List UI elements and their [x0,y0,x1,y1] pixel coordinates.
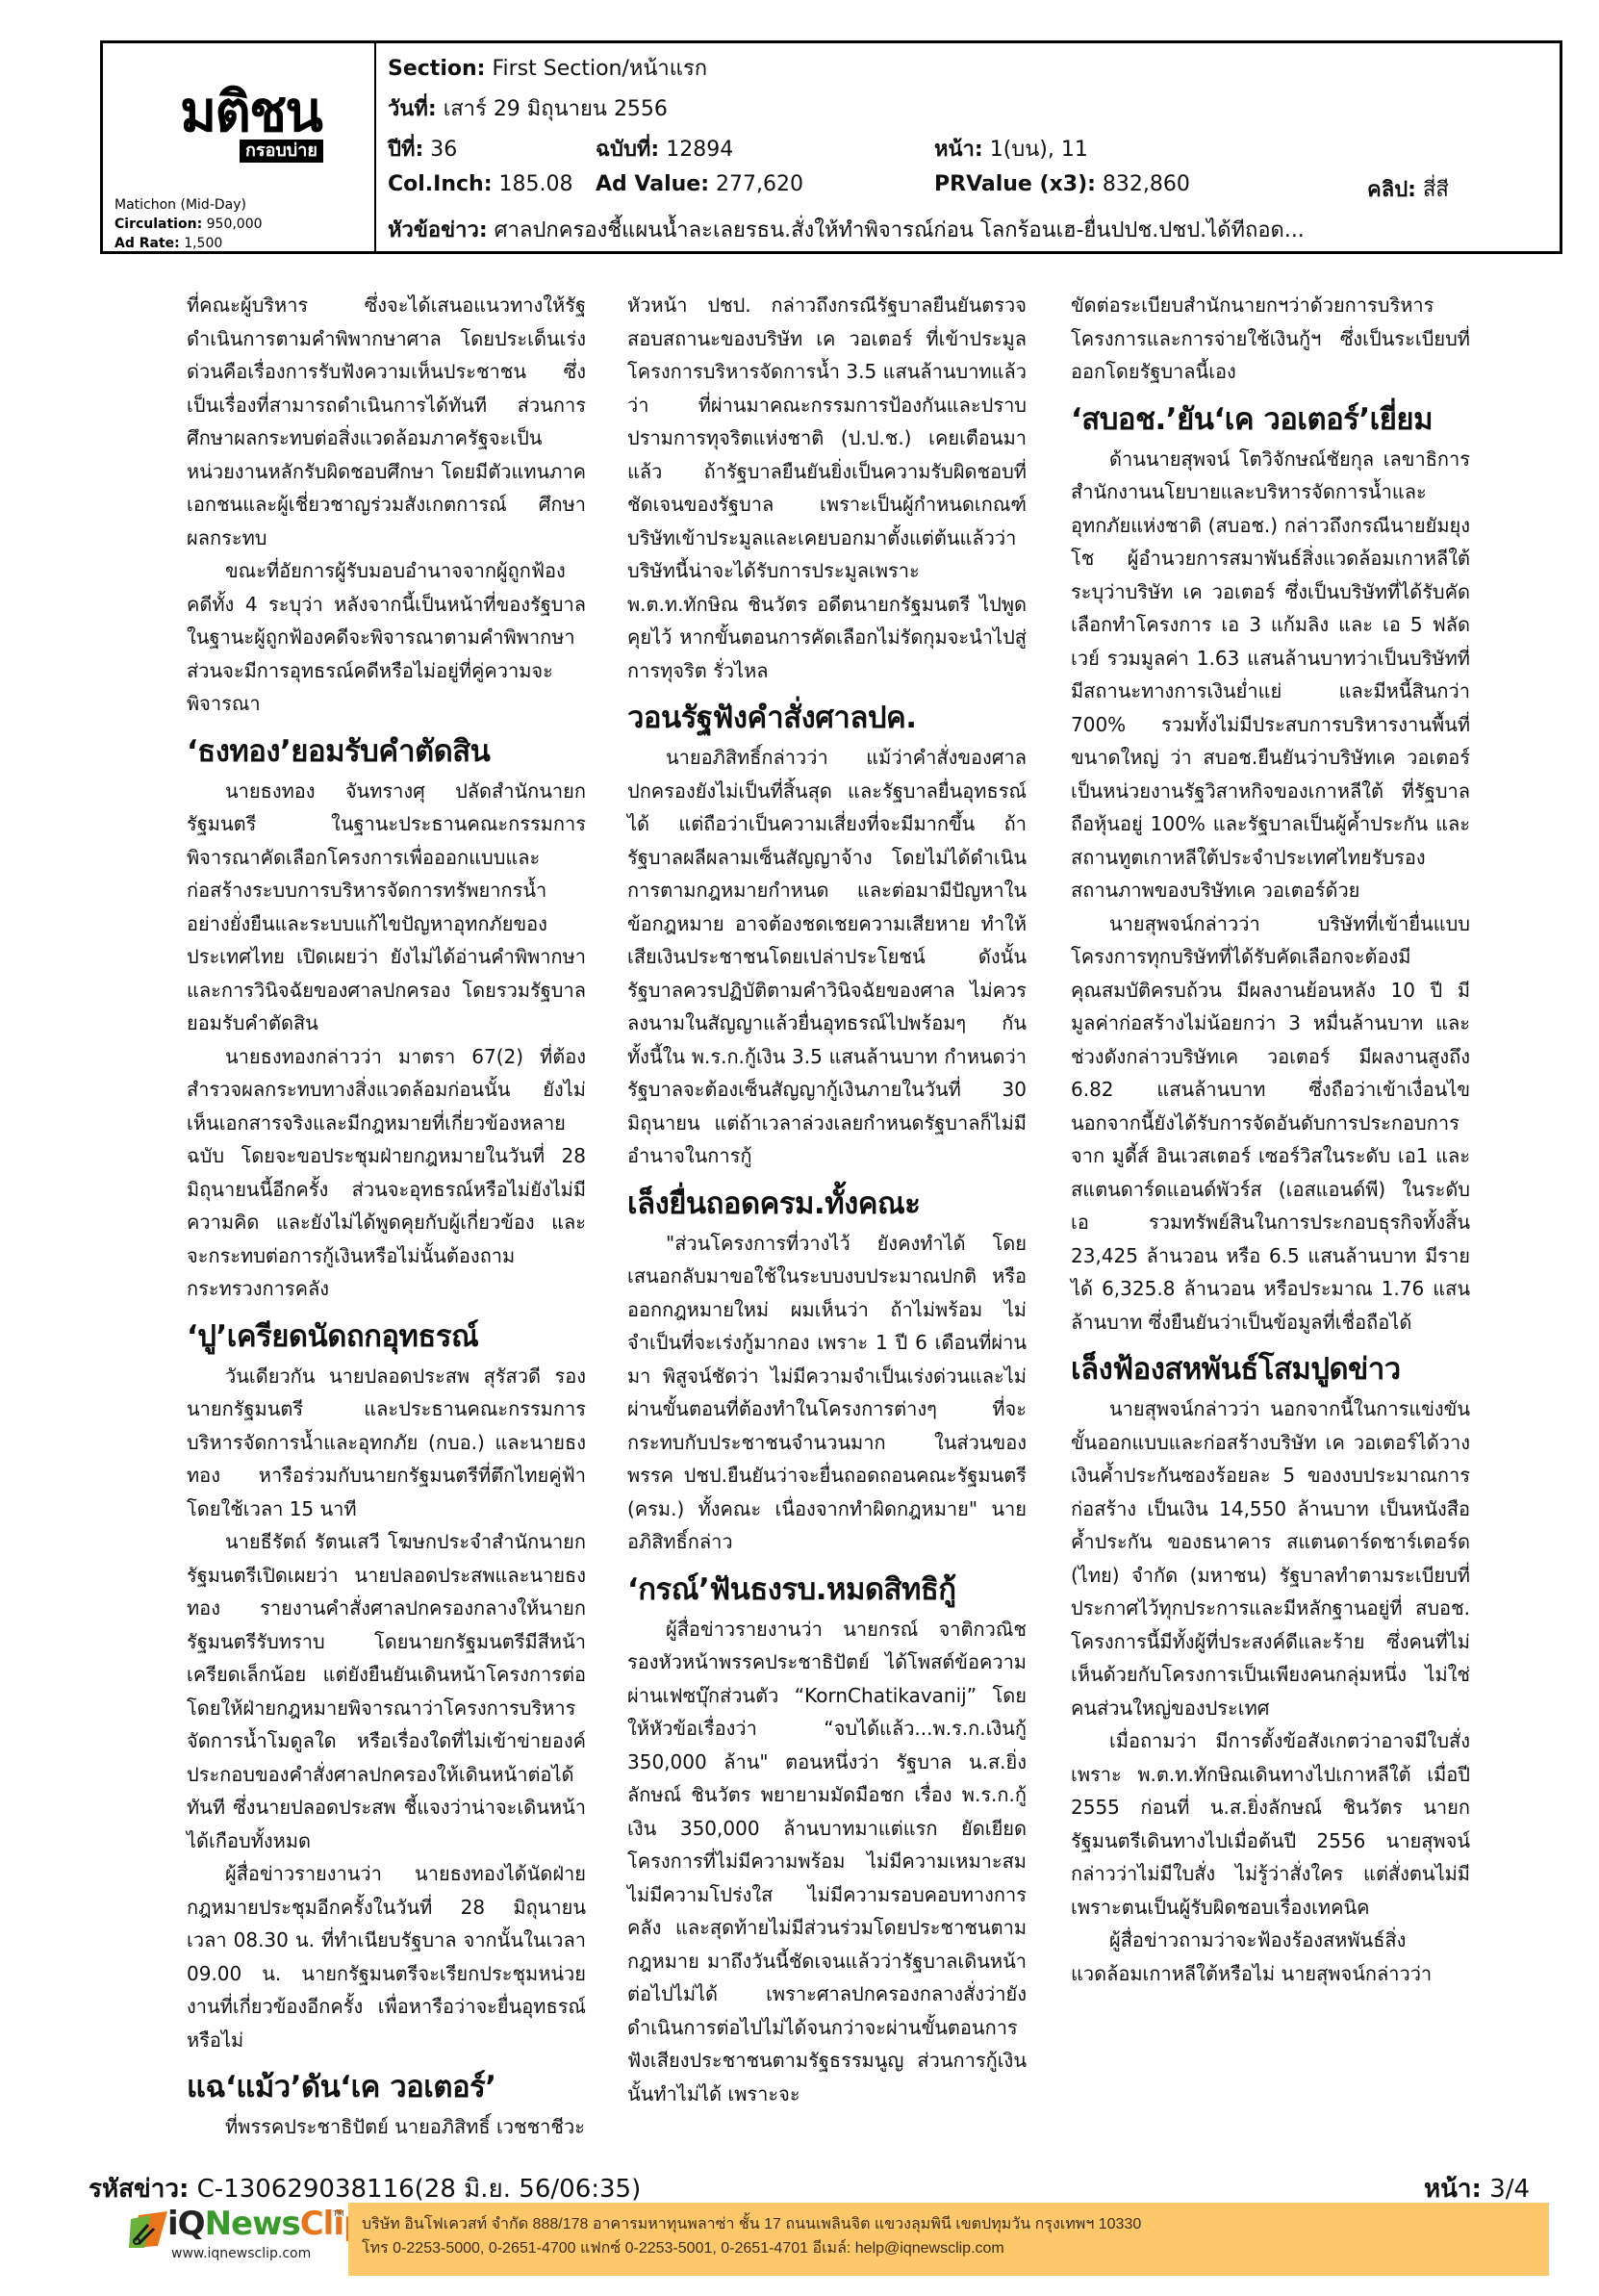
article-paragraph: นายอภิสิทธิ์กล่าวว่า แม้ว่าคำสั่งของศาลป… [627,741,1027,1173]
section-value: First Section/หน้าแรก [492,57,707,81]
iqnewsclip-logo[interactable]: iQNewsClip TM www.iqnewsclip.com [123,2206,344,2271]
article-paragraph: นายธีรัตถ์ รัตนเสวี โฆษกประจำสำนักนายกรั… [187,1525,586,1857]
col-inch-label: Col.Inch: [388,172,493,196]
article-paragraph: ที่พรรคประชาธิปัตย์ นายอภิสิทธิ์ เวชชาชี… [187,2110,586,2144]
section-subheading: เล็งฟ้องสหพันธ์โสมปูดข่าว [1071,1348,1470,1390]
headline-label: หัวข้อข่าว: [388,218,488,242]
article-paragraph: นายธงทองกล่าวว่า มาตรา 67(2) ที่ต้องสำรว… [187,1040,586,1306]
article-paragraph: เมื่อถามว่า มีการตั้งข้อสังเกตว่าอาจมีใบ… [1071,1724,1470,1924]
section-subheading: ‘ธงทอง’ยอมรับคำตัดสิน [187,730,586,773]
article-paragraph: หัวหน้า ปชป. กล่าวถึงกรณีรัฐบาลยืนยันตรว… [627,289,1027,687]
article-paragraph: ผู้สื่อข่าวรายงานว่า นายกรณ์ จาติกวณิช ร… [627,1613,1027,2111]
ad-rate-label: Ad Rate: [114,236,180,251]
page-number-label: หน้า: [1424,2175,1482,2204]
year: ปีที่: 36 [388,132,457,166]
article-paragraph: ที่คณะผู้บริหาร ซึ่งจะได้เสนอแนวทางให้รั… [187,289,586,554]
company-contact: โทร 0-2253-5000, 0-2651-4700 แฟกซ์ 0-225… [362,2236,1549,2260]
ad-value-label: Ad Value: [596,172,709,196]
section-label: Section: [388,57,485,81]
ad-rate: Ad Rate: 1,500 [114,236,222,251]
publication-name: Matichon (Mid-Day) [114,197,246,213]
section-subheading: ‘กรณ์’ฟันธงรบ.หมดสิทธิกู้ [627,1569,1027,1611]
date: วันที่: เสาร์ 29 มิถุนายน 2556 [388,91,668,125]
article-paragraph: นายสุพจน์กล่าวว่า บริษัทที่เข้ายื่นแบบโค… [1071,907,1470,1339]
clip-metadata: Section: First Section/หน้าแรก วันที่: เ… [376,43,1560,251]
brand-iq: iQ [167,2205,205,2243]
ad-rate-value: 1,500 [184,236,222,251]
brand-news: News [205,2205,300,2243]
page-label: หน้า: [934,138,983,162]
circulation-label: Circulation: [114,217,202,232]
company-address-bar: บริษัท อินโฟเควสท์ จำกัด 888/178 อาคารมห… [348,2203,1549,2276]
article-paragraph: นายสุพจน์กล่าวว่า นอกจากนี้ในการแข่งขันข… [1071,1392,1470,1724]
section-subheading: เล็งยื่นถอดครม.ทั้งคณะ [627,1183,1027,1225]
section: Section: First Section/หน้าแรก [388,51,707,85]
news-code-value: C-130629038116(28 มิ.ย. 56/06:35) [197,2175,642,2204]
headline-value: ศาลปกครองชี้แผนน้ำละเลยรธน.สั่งให้ทำพิจา… [495,218,1305,242]
col-inch: Col.Inch: 185.08 [388,172,573,196]
issue-value: 12894 [666,138,733,162]
headline: หัวข้อข่าว: ศาลปกครองชี้แผนน้ำละเลยรธน.ส… [388,213,1305,246]
publication-info: มติชน กรอบบ่าย Matichon (Mid-Day) Circul… [103,43,376,251]
clip-type-label: คลิป: [1367,178,1416,202]
article-paragraph: "ส่วนโครงการที่วางไว้ ยังคงทำได้ โดยเสนอ… [627,1227,1027,1559]
article-paragraph: ผู้สื่อข่าวถามว่าจะฟ้องร้องสหพันธ์สิ่งแว… [1071,1924,1470,1990]
issue-label: ฉบับที่: [596,138,659,162]
article-column-2: หัวหน้า ปชป. กล่าวถึงกรณีรัฐบาลยืนยันตรว… [627,289,1027,2110]
article-paragraph: นายธงทอง จันทรางศุ ปลัดสำนักนายกรัฐมนตรี… [187,775,586,1040]
article-paragraph: วันเดียวกัน นายปลอดประสพ สุรัสวดี รองนาย… [187,1360,586,1526]
article-column-3: ขัดต่อระเบียบสำนักนายกฯว่าด้วยการบริหารโ… [1071,289,1470,1990]
clip-header: มติชน กรอบบ่าย Matichon (Mid-Day) Circul… [100,40,1562,254]
news-code-label: รหัสข่าว: [89,2175,189,2204]
section-subheading: วอนรัฐฟังคำสั่งศาลปค. [627,697,1027,739]
circulation-value: 950,000 [207,217,263,232]
year-label: ปีที่: [388,138,423,162]
page-number-value: 3/4 [1489,2175,1530,2204]
date-label: วันที่: [388,97,437,121]
ad-value-value: 277,620 [716,172,803,196]
section-subheading: แฉ‘แม้ว’ดัน‘เค วอเตอร์’ [187,2066,586,2108]
issue: ฉบับที่: 12894 [596,132,733,166]
publication-logo: มติชน [180,84,321,140]
article-column-1: ที่คณะผู้บริหาร ซึ่งจะได้เสนอแนวทางให้รั… [187,289,586,2144]
page-value: 1(บน), 11 [990,138,1088,162]
pr-value: PRValue (x3): 832,860 [934,172,1190,196]
clip-type-value: สี่สี [1423,178,1449,202]
circulation: Circulation: 950,000 [114,217,263,232]
article-paragraph: ผู้สื่อข่าวรายงานว่า นายธงทองได้นัดฝ่ายก… [187,1857,586,2056]
col-inch-value: 185.08 [499,172,573,196]
section-subheading: ‘สบอช.’ยัน‘เค วอเตอร์’เยี่ยม [1071,398,1470,441]
clip-type: คลิป: สี่สี [1367,172,1449,206]
ad-value: Ad Value: 277,620 [596,172,803,196]
scissors-clip-icon [129,2211,167,2250]
article-paragraph: ขณะที่อัยการผู้รับมอบอำนาจจากผู้ถูกฟ้องค… [187,554,586,721]
page: หน้า: 1(บน), 11 [934,132,1088,166]
section-subheading: ‘ปู’เครียดนัดถกอุทธรณ์ [187,1315,586,1358]
publication-edition-tag: กรอบบ่าย [240,140,323,163]
pr-value-label: PRValue (x3): [934,172,1096,196]
pr-value-value: 832,860 [1103,172,1190,196]
date-value: เสาร์ 29 มิถุนายน 2556 [444,97,668,121]
year-value: 36 [430,138,457,162]
article-paragraph: ด้านนายสุพจน์ โตวิจักษณ์ชัยกุล เลขาธิการ… [1071,443,1470,907]
trademark: TM [333,2209,344,2218]
company-address: บริษัท อินโฟเควสท์ จำกัด 888/178 อาคารมห… [362,2212,1549,2236]
brand-url[interactable]: www.iqnewsclip.com [171,2246,311,2261]
article-paragraph: ขัดต่อระเบียบสำนักนายกฯว่าด้วยการบริหารโ… [1071,289,1470,389]
